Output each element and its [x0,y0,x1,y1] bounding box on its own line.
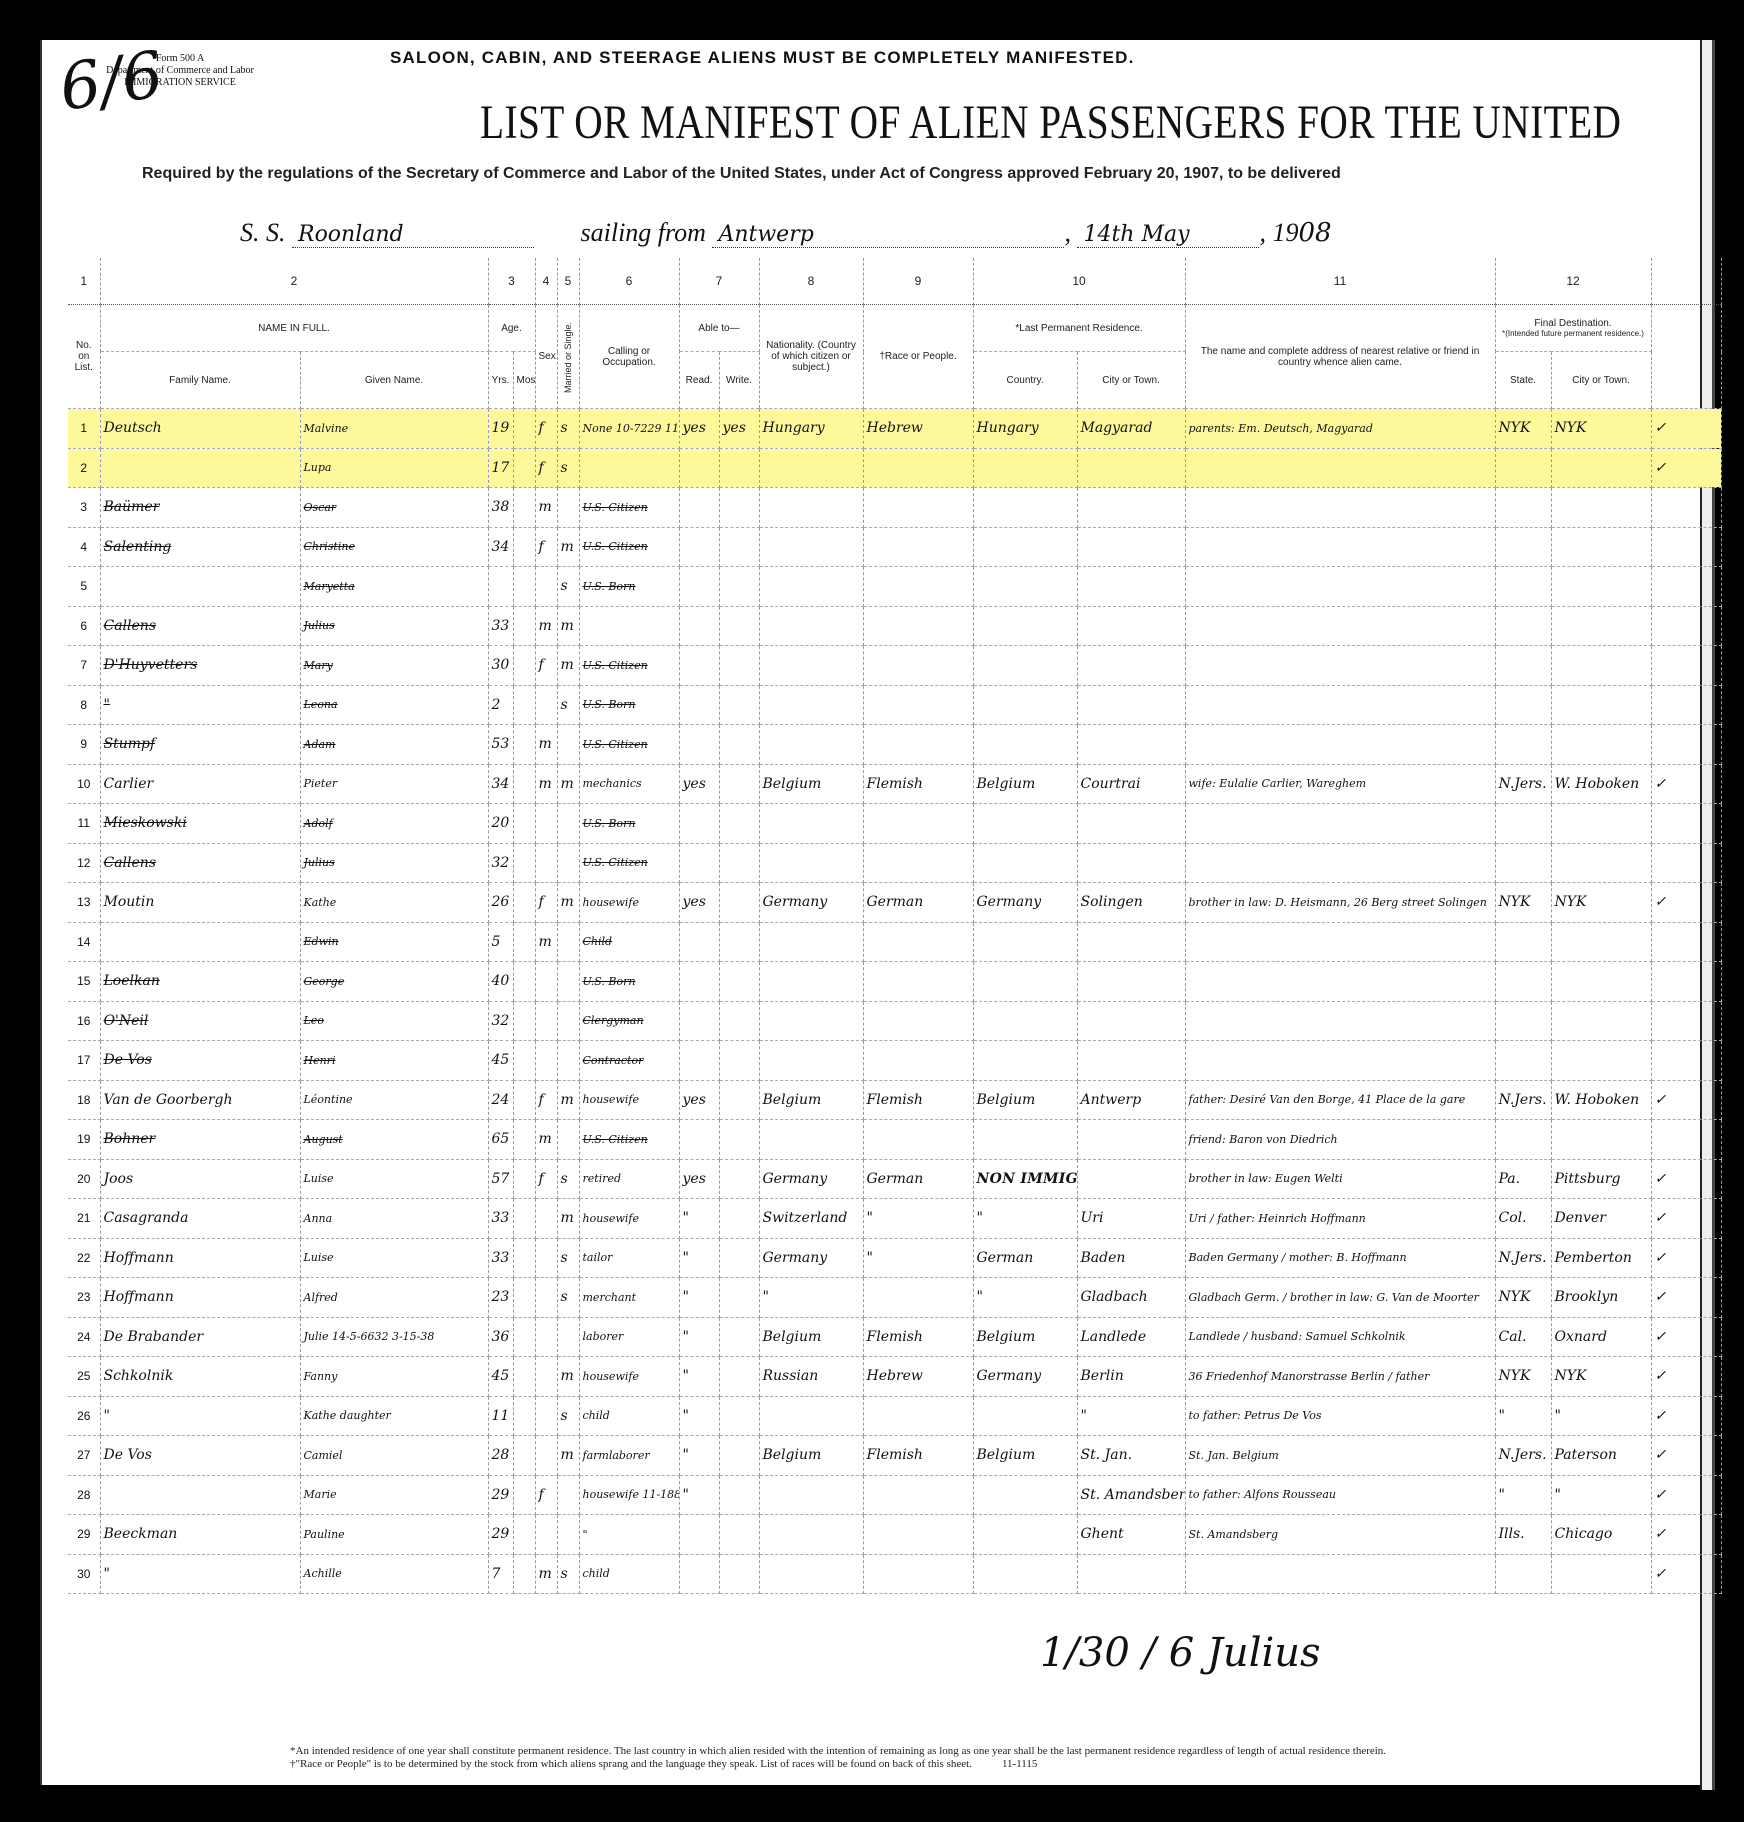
cell-age: 28 [488,1436,513,1476]
cell-race: German [863,1159,973,1199]
cell-read [679,527,719,567]
cell-read [679,1041,719,1081]
cell-state [1495,1120,1551,1160]
cell-age: 19 [488,409,513,449]
cell-nationality [759,1515,863,1555]
cell-mos [513,567,535,607]
cell-age: 30 [488,646,513,686]
cell-read [679,646,719,686]
cell-no: 8 [68,685,100,725]
footnote-code: 11-1115 [1002,1758,1037,1770]
cell-given: Adolf [300,804,488,844]
cell-age: 38 [488,488,513,528]
cell-write [719,488,759,528]
cell-no: 20 [68,1159,100,1199]
cell-occupation: U.S. Born [579,567,679,607]
cell-race [863,567,973,607]
table-row: 7D'HuyvettersMary30fmU.S. Citizen [68,646,1721,686]
cell-read [679,448,719,488]
cell-ms: m [557,646,579,686]
cell-mos [513,1199,535,1239]
cell-family: Hoffmann [100,1238,300,1278]
cell-city [1077,685,1185,725]
header-able-to: Able to— [679,305,759,352]
cell-country [973,488,1077,528]
cell-write [719,1475,759,1515]
cell-nationality: Switzerland [759,1199,863,1239]
cell-country [973,1396,1077,1436]
subtitle: Required by the regulations of the Secre… [142,165,1341,183]
cell-write [719,1001,759,1041]
cell-sex [535,1278,557,1318]
cell-occupation: U.S. Citizen [579,843,679,883]
cell-given: Camiel [300,1436,488,1476]
col-num-1: 1 [68,258,100,305]
cell-mos [513,448,535,488]
cell-family [100,922,300,962]
check-mark-icon: ✓ [1651,409,1721,449]
check-mark-icon: ✓ [1651,1278,1721,1318]
cell-ms: m [557,1199,579,1239]
cell-ms: m [557,883,579,923]
cell-sex [535,567,557,607]
check-mark-icon: ✓ [1651,1080,1721,1120]
cell-nationality [759,1475,863,1515]
cell-nationality: Germany [759,1159,863,1199]
cell-ms [557,1317,579,1357]
cell-race [863,448,973,488]
form-block: Form 500 A Department of Commerce and La… [100,53,260,89]
cell-race [863,1001,973,1041]
cell-sex [535,1396,557,1436]
check-mark-icon [1651,527,1721,567]
cell-no: 9 [68,725,100,765]
cell-age: 29 [488,1515,513,1555]
cell-state: NYK [1495,883,1551,923]
cell-state [1495,843,1551,883]
cell-relative [1185,448,1495,488]
cell-sex [535,804,557,844]
cell-country [973,1120,1077,1160]
header-mos: Mos. [513,352,535,409]
cell-nationality [759,567,863,607]
cell-age: 26 [488,883,513,923]
cell-occupation: U.S. Citizen [579,527,679,567]
cell-family [100,1475,300,1515]
cell-race: Flemish [863,764,973,804]
cell-ms: m [557,606,579,646]
cell-family: " [100,1554,300,1594]
cell-age: 34 [488,527,513,567]
cell-occupation: Contractor [579,1041,679,1081]
cell-occupation: Clergyman [579,1001,679,1041]
cell-mos [513,1554,535,1594]
cell-dest_city [1551,843,1651,883]
check-mark-icon [1651,685,1721,725]
cell-mos [513,1159,535,1199]
cell-family: Van de Goorbergh [100,1080,300,1120]
check-mark-icon: ✓ [1651,883,1721,923]
cell-given: Malvine [300,409,488,449]
cell-age: 33 [488,606,513,646]
table-row: 20JoosLuise57fsretiredyesGermanyGermanNO… [68,1159,1721,1199]
service: IMMIGRATION SERVICE [100,77,260,89]
cell-nationality: Russian [759,1357,863,1397]
cell-state [1495,725,1551,765]
cell-no: 17 [68,1041,100,1081]
cell-dest_city [1551,488,1651,528]
cell-write [719,1278,759,1318]
cell-race [863,804,973,844]
cell-city [1077,606,1185,646]
cell-nationality [759,646,863,686]
cell-no: 16 [68,1001,100,1041]
cell-state [1495,567,1551,607]
cell-state: " [1495,1475,1551,1515]
cell-given: Léontine [300,1080,488,1120]
cell-read: " [679,1278,719,1318]
cell-country [973,1475,1077,1515]
check-mark-icon [1651,804,1721,844]
cell-sex: f [535,646,557,686]
cell-family: Bohner [100,1120,300,1160]
cell-state [1495,646,1551,686]
cell-read: yes [679,883,719,923]
cell-write [719,1041,759,1081]
cell-family: Loelkan [100,962,300,1002]
cell-race [863,1041,973,1081]
table-row: 26"Kathe daughter11schild""to father: Pe… [68,1396,1721,1436]
cell-state [1495,1554,1551,1594]
cell-sex [535,1199,557,1239]
cell-no: 12 [68,843,100,883]
cell-age: 2 [488,685,513,725]
cell-relative [1185,646,1495,686]
cell-given: George [300,962,488,1002]
col-num-2: 2 [100,258,488,305]
cell-occupation: child [579,1396,679,1436]
table-row: 6CallensJulius33mm [68,606,1721,646]
table-row: 21CasagrandaAnna33mhousewife"Switzerland… [68,1199,1721,1239]
cell-given: Maryetta [300,567,488,607]
cell-country: Belgium [973,1436,1077,1476]
cell-occupation: child [579,1554,679,1594]
cell-occupation: U.S. Citizen [579,488,679,528]
cell-age: 33 [488,1199,513,1239]
cell-relative [1185,804,1495,844]
cell-mos [513,922,535,962]
cell-age: 45 [488,1041,513,1081]
cell-state: NYK [1495,1278,1551,1318]
cell-no: 15 [68,962,100,1002]
cell-state [1495,1041,1551,1081]
cell-country: Hungary [973,409,1077,449]
cell-state [1495,527,1551,567]
cell-no: 3 [68,488,100,528]
ship-prefix: S. S. [240,218,286,247]
cell-nationality [759,488,863,528]
cell-no: 26 [68,1396,100,1436]
header-extra [1651,305,1721,409]
cell-no: 28 [68,1475,100,1515]
cell-read: " [679,1238,719,1278]
check-mark-icon [1651,922,1721,962]
cell-relative [1185,843,1495,883]
cell-age: 11 [488,1396,513,1436]
cell-mos [513,1001,535,1041]
cell-state [1495,922,1551,962]
cell-family: Beeckman [100,1515,300,1555]
header-row-1: No. on List. NAME IN FULL. Age. Sex. Mar… [68,305,1721,352]
cell-country [973,804,1077,844]
cell-write [719,1120,759,1160]
cell-relative: Uri / father: Heinrich Hoffmann [1185,1199,1495,1239]
table-row: 1DeutschMalvine19fsNone 10-7229 11-12-36… [68,409,1721,449]
cell-mos [513,883,535,923]
cell-dest_city: Pemberton [1551,1238,1651,1278]
cell-relative [1185,725,1495,765]
manifest-table: 1 2 3 4 5 6 7 8 9 10 11 12 No. on List. … [68,258,1722,1594]
cell-dest_city: Denver [1551,1199,1651,1239]
cell-no: 21 [68,1199,100,1239]
cell-dest_city: Paterson [1551,1436,1651,1476]
cell-country [973,527,1077,567]
cell-relative [1185,922,1495,962]
cell-no: 29 [68,1515,100,1555]
cell-age: 53 [488,725,513,765]
cell-race: " [863,1199,973,1239]
cell-race [863,843,973,883]
cell-mos [513,606,535,646]
footnote-dagger: †"Race or People" is to be determined by… [290,1758,972,1770]
cell-given: Leona [300,685,488,725]
header-city: City or Town. [1077,352,1185,409]
cell-race [863,1120,973,1160]
table-row: 18Van de GoorberghLéontine24fmhousewifey… [68,1080,1721,1120]
cell-age: 24 [488,1080,513,1120]
cell-occupation: U.S. Citizen [579,725,679,765]
cell-nationality [759,448,863,488]
cell-read [679,567,719,607]
cell-ms: s [557,1396,579,1436]
cell-country [973,646,1077,686]
cell-relative [1185,1041,1495,1081]
cell-city [1077,804,1185,844]
cell-relative: 36 Friedenhof Manorstrasse Berlin / fath… [1185,1357,1495,1397]
cell-write [719,1515,759,1555]
cell-no: 25 [68,1357,100,1397]
cell-given: Achille [300,1554,488,1594]
cell-read: yes [679,764,719,804]
cell-occupation: U.S. Citizen [579,1120,679,1160]
cell-state: Pa. [1495,1159,1551,1199]
cell-nationality: Belgium [759,1317,863,1357]
check-mark-icon: ✓ [1651,1159,1721,1199]
cell-dest_city: NYK [1551,1357,1651,1397]
header-calling: Calling or Occupation. [579,305,679,409]
cell-state [1495,1001,1551,1041]
cell-mos [513,1515,535,1555]
cell-nationality [759,1396,863,1436]
sailing-from: Antwerp [712,222,1064,248]
year-suffix: 08 [1298,218,1331,248]
cell-city: Berlin [1077,1357,1185,1397]
cell-nationality [759,1001,863,1041]
cell-read: " [679,1396,719,1436]
header-nearest-relative: The name and complete address of nearest… [1185,305,1495,409]
cell-mos [513,725,535,765]
cell-state [1495,448,1551,488]
cell-dest_city: " [1551,1475,1651,1515]
cell-sex: m [535,606,557,646]
table-row: 16O'NeilLeo32Clergyman [68,1001,1721,1041]
header-age: Age. [488,305,535,352]
cell-age: 32 [488,843,513,883]
cell-family: Salenting [100,527,300,567]
cell-ms: m [557,1080,579,1120]
cell-read [679,1554,719,1594]
cell-write: yes [719,409,759,449]
cell-nationality [759,606,863,646]
cell-relative [1185,567,1495,607]
cell-no: 6 [68,606,100,646]
cell-state [1495,606,1551,646]
cell-no: 30 [68,1554,100,1594]
cell-state: NYK [1495,409,1551,449]
cell-nationality: Belgium [759,1080,863,1120]
cell-sex: f [535,409,557,449]
cell-state: N.Jers. [1495,1238,1551,1278]
cell-occupation: mechanics [579,764,679,804]
cell-read [679,1001,719,1041]
cell-occupation: housewife [579,1199,679,1239]
cell-no: 1 [68,409,100,449]
cell-nationality [759,922,863,962]
cell-family: De Vos [100,1436,300,1476]
cell-relative: parents: Em. Deutsch, Magyarad [1185,409,1495,449]
cell-dest_city: " [1551,1396,1651,1436]
cell-given: Lupa [300,448,488,488]
cell-dest_city [1551,646,1651,686]
cell-family: " [100,1396,300,1436]
cell-city [1077,962,1185,1002]
cell-age: 40 [488,962,513,1002]
cell-relative: Baden Germany / mother: B. Hoffmann [1185,1238,1495,1278]
ship-name: Roonland [292,222,534,248]
cell-given: Alfred [300,1278,488,1318]
header-state: State. [1495,352,1551,409]
cell-mos [513,1238,535,1278]
cell-ms [557,725,579,765]
cell-city [1077,1554,1185,1594]
cell-write [719,606,759,646]
sailing-date: 14th May [1077,222,1259,248]
cell-country: " [973,1278,1077,1318]
cell-relative: wife: Eulalie Carlier, Wareghem [1185,764,1495,804]
cell-family: D'Huyvetters [100,646,300,686]
cell-occupation: Child [579,922,679,962]
cell-sex [535,1436,557,1476]
cell-country: NON IMMIGRANT ALIEN [973,1159,1077,1199]
cell-write [719,1238,759,1278]
cell-city [1077,1120,1185,1160]
cell-given: Anna [300,1199,488,1239]
cell-ms: s [557,685,579,725]
cell-age [488,567,513,607]
check-mark-icon [1651,1041,1721,1081]
table-row: 28Marie29fhousewife 11-188213 2/18/38"St… [68,1475,1721,1515]
cell-city: " [1077,1396,1185,1436]
cell-city [1077,1001,1185,1041]
cell-ms [557,1120,579,1160]
check-mark-icon [1651,488,1721,528]
check-mark-icon: ✓ [1651,1436,1721,1476]
cell-relative [1185,527,1495,567]
cell-no: 19 [68,1120,100,1160]
header-nationality: Nationality. (Country of which citizen o… [759,305,863,409]
cell-read [679,1515,719,1555]
cell-city: Gladbach [1077,1278,1185,1318]
cell-read: " [679,1317,719,1357]
cell-mos [513,843,535,883]
cell-race [863,725,973,765]
cell-state: " [1495,1396,1551,1436]
cell-dest_city [1551,1554,1651,1594]
cell-relative: St. Amandsberg [1185,1515,1495,1555]
cell-sex: f [535,1080,557,1120]
cell-mos [513,962,535,1002]
col-num-5: 5 [557,258,579,305]
header-married-single: Married or Single. [557,305,579,409]
header-final-destination: Final Destination. *(Intended future per… [1495,305,1651,352]
cell-country [973,922,1077,962]
cell-occupation [579,606,679,646]
cell-sex [535,1001,557,1041]
cell-mos [513,646,535,686]
table-row: 22HoffmannLuise33stailor"Germany"GermanB… [68,1238,1721,1278]
cell-nationality [759,1041,863,1081]
cell-sex: f [535,527,557,567]
cell-no: 22 [68,1238,100,1278]
cell-given: Julius [300,843,488,883]
cell-race [863,1396,973,1436]
cell-sex: f [535,1475,557,1515]
cell-no: 23 [68,1278,100,1318]
cell-dest_city: NYK [1551,409,1651,449]
cell-write [719,1080,759,1120]
table-row: 12CallensJulius32U.S. Citizen [68,843,1721,883]
cell-nationality [759,804,863,844]
cell-country [973,1001,1077,1041]
table-row: 4SalentingChristine34fmU.S. Citizen [68,527,1721,567]
cell-dest_city: Brooklyn [1551,1278,1651,1318]
cell-race [863,1278,973,1318]
check-mark-icon [1651,725,1721,765]
cell-family: Moutin [100,883,300,923]
cell-given: Pieter [300,764,488,804]
cell-given: Marie [300,1475,488,1515]
cell-dest_city [1551,725,1651,765]
check-mark-icon: ✓ [1651,1238,1721,1278]
cell-country: Germany [973,1357,1077,1397]
column-numbers: 1 2 3 4 5 6 7 8 9 10 11 12 [68,258,1721,305]
cell-read [679,922,719,962]
banner-heading: SALOON, CABIN, AND STEERAGE ALIENS MUST … [390,48,1135,68]
header-dest-city: City or Town. [1551,352,1651,409]
cell-race [863,685,973,725]
cell-occupation: retired [579,1159,679,1199]
table-row: 19BohnerAugust65mU.S. Citizenfriend: Bar… [68,1120,1721,1160]
